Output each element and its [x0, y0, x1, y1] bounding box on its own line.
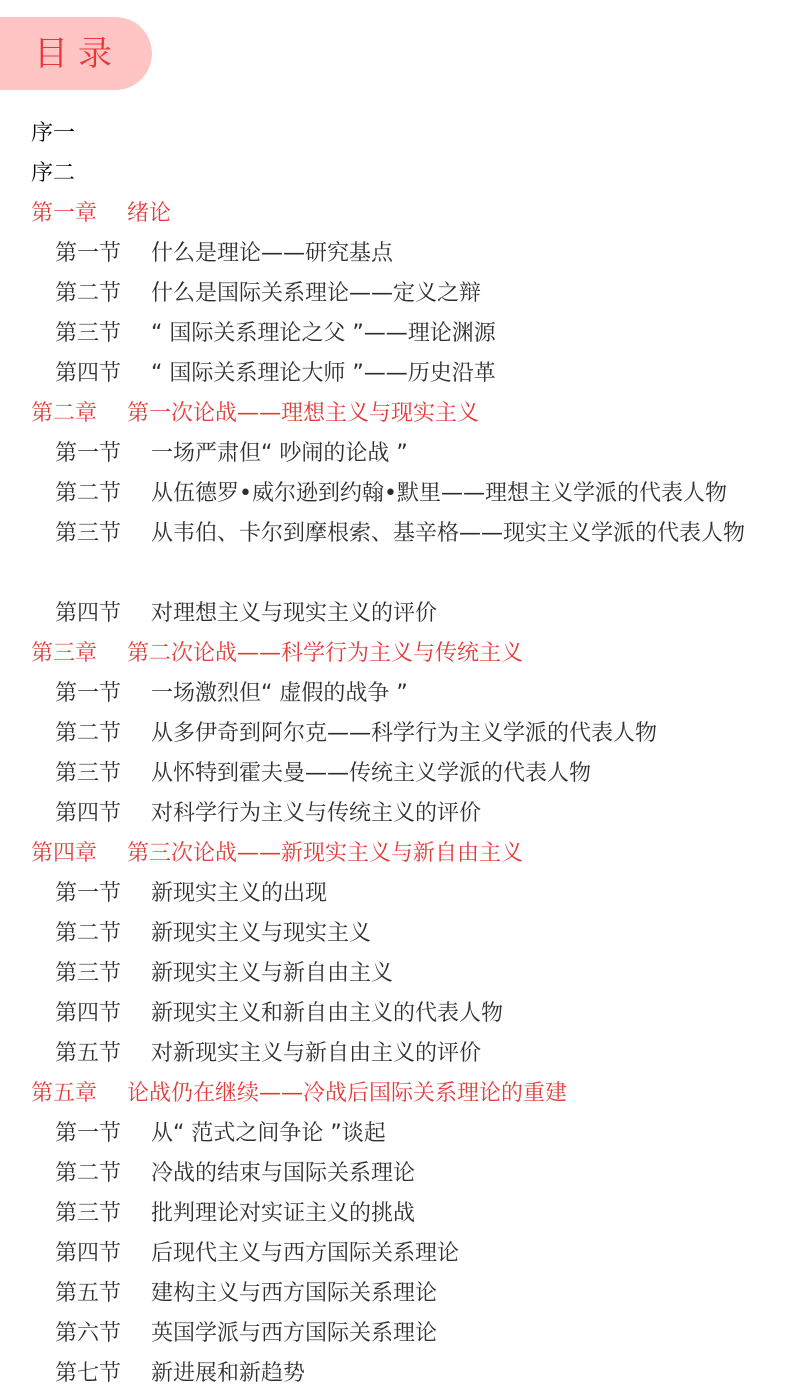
- section-title: 对新现实主义与新自由主义的评价: [151, 1034, 481, 1074]
- section-label: 第三节: [55, 1194, 121, 1234]
- section-label: 第一节: [55, 674, 121, 714]
- section-title: 什么是国际关系理论——定义之辩: [151, 274, 481, 314]
- section-title: “ 国际关系理论大师 ”——历史沿革: [151, 354, 496, 394]
- section-label: 第四节: [55, 794, 121, 834]
- toc-title-banner: 目录: [0, 17, 152, 90]
- toc-section[interactable]: 第五节对新现实主义与新自由主义的评价: [0, 1034, 790, 1074]
- section-title: 从伍德罗•威尔逊到约翰•默里——理想主义学派的代表人物: [151, 474, 727, 514]
- section-title: 新现实主义和新自由主义的代表人物: [151, 994, 503, 1034]
- section-title: 对理想主义与现实主义的评价: [151, 594, 437, 634]
- toc-section[interactable]: 第三节从韦伯、卡尔到摩根索、基辛格——现实主义学派的代表人物: [0, 514, 790, 594]
- section-title: 对科学行为主义与传统主义的评价: [151, 794, 481, 834]
- section-title: 从多伊奇到阿尔克——科学行为主义学派的代表人物: [151, 714, 657, 754]
- section-label: 第四节: [55, 1234, 121, 1274]
- section-title: “ 国际关系理论之父 ”——理论渊源: [151, 314, 496, 354]
- section-label: 第五节: [55, 1274, 121, 1314]
- section-title: 后现代主义与西方国际关系理论: [151, 1234, 459, 1274]
- toc-section[interactable]: 第一节一场严肃但“ 吵闹的论战 ”: [0, 434, 790, 474]
- toc-section[interactable]: 第一节新现实主义的出现: [0, 874, 790, 914]
- section-label: 第三节: [55, 314, 121, 354]
- section-label: 第二节: [55, 1154, 121, 1194]
- toc-section[interactable]: 第一节什么是理论——研究基点: [0, 234, 790, 274]
- section-title: 冷战的结束与国际关系理论: [151, 1154, 415, 1194]
- chapter-title: 第一次论战——理想主义与现实主义: [127, 394, 479, 434]
- toc-section[interactable]: 第三节批判理论对实证主义的挑战: [0, 1194, 790, 1234]
- section-title: 批判理论对实证主义的挑战: [151, 1194, 415, 1234]
- chapter-label: 第二章: [31, 394, 97, 434]
- section-title: 从怀特到霍夫曼——传统主义学派的代表人物: [151, 754, 591, 794]
- section-label: 第三节: [55, 954, 121, 994]
- section-label: 第五节: [55, 1034, 121, 1074]
- section-label: 第三节: [55, 514, 121, 554]
- section-title: 一场严肃但“ 吵闹的论战 ”: [151, 434, 408, 474]
- toc-chapter-1[interactable]: 第一章绪论: [0, 194, 790, 234]
- section-title: 新进展和新趋势: [151, 1354, 305, 1394]
- table-of-contents: 序一 序二 第一章绪论 第一节什么是理论——研究基点 第二节什么是国际关系理论—…: [0, 114, 790, 1394]
- chapter-title: 第三次论战——新现实主义与新自由主义: [127, 834, 523, 874]
- toc-section[interactable]: 第二节什么是国际关系理论——定义之辩: [0, 274, 790, 314]
- toc-section[interactable]: 第二节从伍德罗•威尔逊到约翰•默里——理想主义学派的代表人物: [0, 474, 790, 514]
- page-title: 目录: [34, 37, 122, 71]
- section-title: 一场激烈但“ 虚假的战争 ”: [151, 674, 408, 714]
- section-label: 第四节: [55, 594, 121, 634]
- toc-chapter-4[interactable]: 第四章第三次论战——新现实主义与新自由主义: [0, 834, 790, 874]
- toc-section[interactable]: 第三节从怀特到霍夫曼——传统主义学派的代表人物: [0, 754, 790, 794]
- toc-label: 序二: [31, 154, 75, 194]
- toc-chapter-3[interactable]: 第三章第二次论战——科学行为主义与传统主义: [0, 634, 790, 674]
- section-label: 第一节: [55, 874, 121, 914]
- toc-section[interactable]: 第五节建构主义与西方国际关系理论: [0, 1274, 790, 1314]
- chapter-label: 第四章: [31, 834, 97, 874]
- section-title: 什么是理论——研究基点: [151, 234, 393, 274]
- chapter-title: 绪论: [127, 194, 171, 234]
- section-label: 第四节: [55, 994, 121, 1034]
- toc-section[interactable]: 第四节“ 国际关系理论大师 ”——历史沿革: [0, 354, 790, 394]
- toc-section[interactable]: 第二节冷战的结束与国际关系理论: [0, 1154, 790, 1194]
- toc-preface-2[interactable]: 序二: [0, 154, 790, 194]
- section-title: 新现实主义与现实主义: [151, 914, 371, 954]
- toc-chapter-5[interactable]: 第五章论战仍在继续——冷战后国际关系理论的重建: [0, 1074, 790, 1114]
- section-title: 建构主义与西方国际关系理论: [151, 1274, 437, 1314]
- section-label: 第二节: [55, 274, 121, 314]
- section-label: 第一节: [55, 234, 121, 274]
- toc-section[interactable]: 第四节新现实主义和新自由主义的代表人物: [0, 994, 790, 1034]
- toc-section[interactable]: 第二节从多伊奇到阿尔克——科学行为主义学派的代表人物: [0, 714, 790, 754]
- section-label: 第一节: [55, 1114, 121, 1154]
- toc-section[interactable]: 第四节对理想主义与现实主义的评价: [0, 594, 790, 634]
- chapter-title: 第二次论战——科学行为主义与传统主义: [127, 634, 523, 674]
- toc-section[interactable]: 第二节新现实主义与现实主义: [0, 914, 790, 954]
- section-title: 新现实主义与新自由主义: [151, 954, 393, 994]
- toc-section[interactable]: 第四节后现代主义与西方国际关系理论: [0, 1234, 790, 1274]
- section-title: 英国学派与西方国际关系理论: [151, 1314, 437, 1354]
- section-label: 第一节: [55, 434, 121, 474]
- section-label: 第六节: [55, 1314, 121, 1354]
- section-title: 从韦伯、卡尔到摩根索、基辛格——现实主义学派的代表人物: [151, 514, 751, 554]
- section-label: 第七节: [55, 1354, 121, 1394]
- section-label: 第三节: [55, 754, 121, 794]
- chapter-label: 第五章: [31, 1074, 97, 1114]
- toc-section[interactable]: 第一节一场激烈但“ 虚假的战争 ”: [0, 674, 790, 714]
- toc-section[interactable]: 第三节新现实主义与新自由主义: [0, 954, 790, 994]
- toc-preface-1[interactable]: 序一: [0, 114, 790, 154]
- toc-section[interactable]: 第三节“ 国际关系理论之父 ”——理论渊源: [0, 314, 790, 354]
- section-title: 新现实主义的出现: [151, 874, 327, 914]
- toc-section[interactable]: 第六节英国学派与西方国际关系理论: [0, 1314, 790, 1354]
- section-label: 第四节: [55, 354, 121, 394]
- toc-section[interactable]: 第一节从“ 范式之间争论 ”谈起: [0, 1114, 790, 1154]
- chapter-label: 第三章: [31, 634, 97, 674]
- toc-section[interactable]: 第四节对科学行为主义与传统主义的评价: [0, 794, 790, 834]
- chapter-label: 第一章: [31, 194, 97, 234]
- toc-section[interactable]: 第七节新进展和新趋势: [0, 1354, 790, 1394]
- section-title: 从“ 范式之间争论 ”谈起: [151, 1114, 386, 1154]
- toc-chapter-2[interactable]: 第二章第一次论战——理想主义与现实主义: [0, 394, 790, 434]
- chapter-title: 论战仍在继续——冷战后国际关系理论的重建: [127, 1074, 567, 1114]
- section-label: 第二节: [55, 914, 121, 954]
- section-label: 第二节: [55, 474, 121, 514]
- section-label: 第二节: [55, 714, 121, 754]
- toc-label: 序一: [31, 114, 75, 154]
